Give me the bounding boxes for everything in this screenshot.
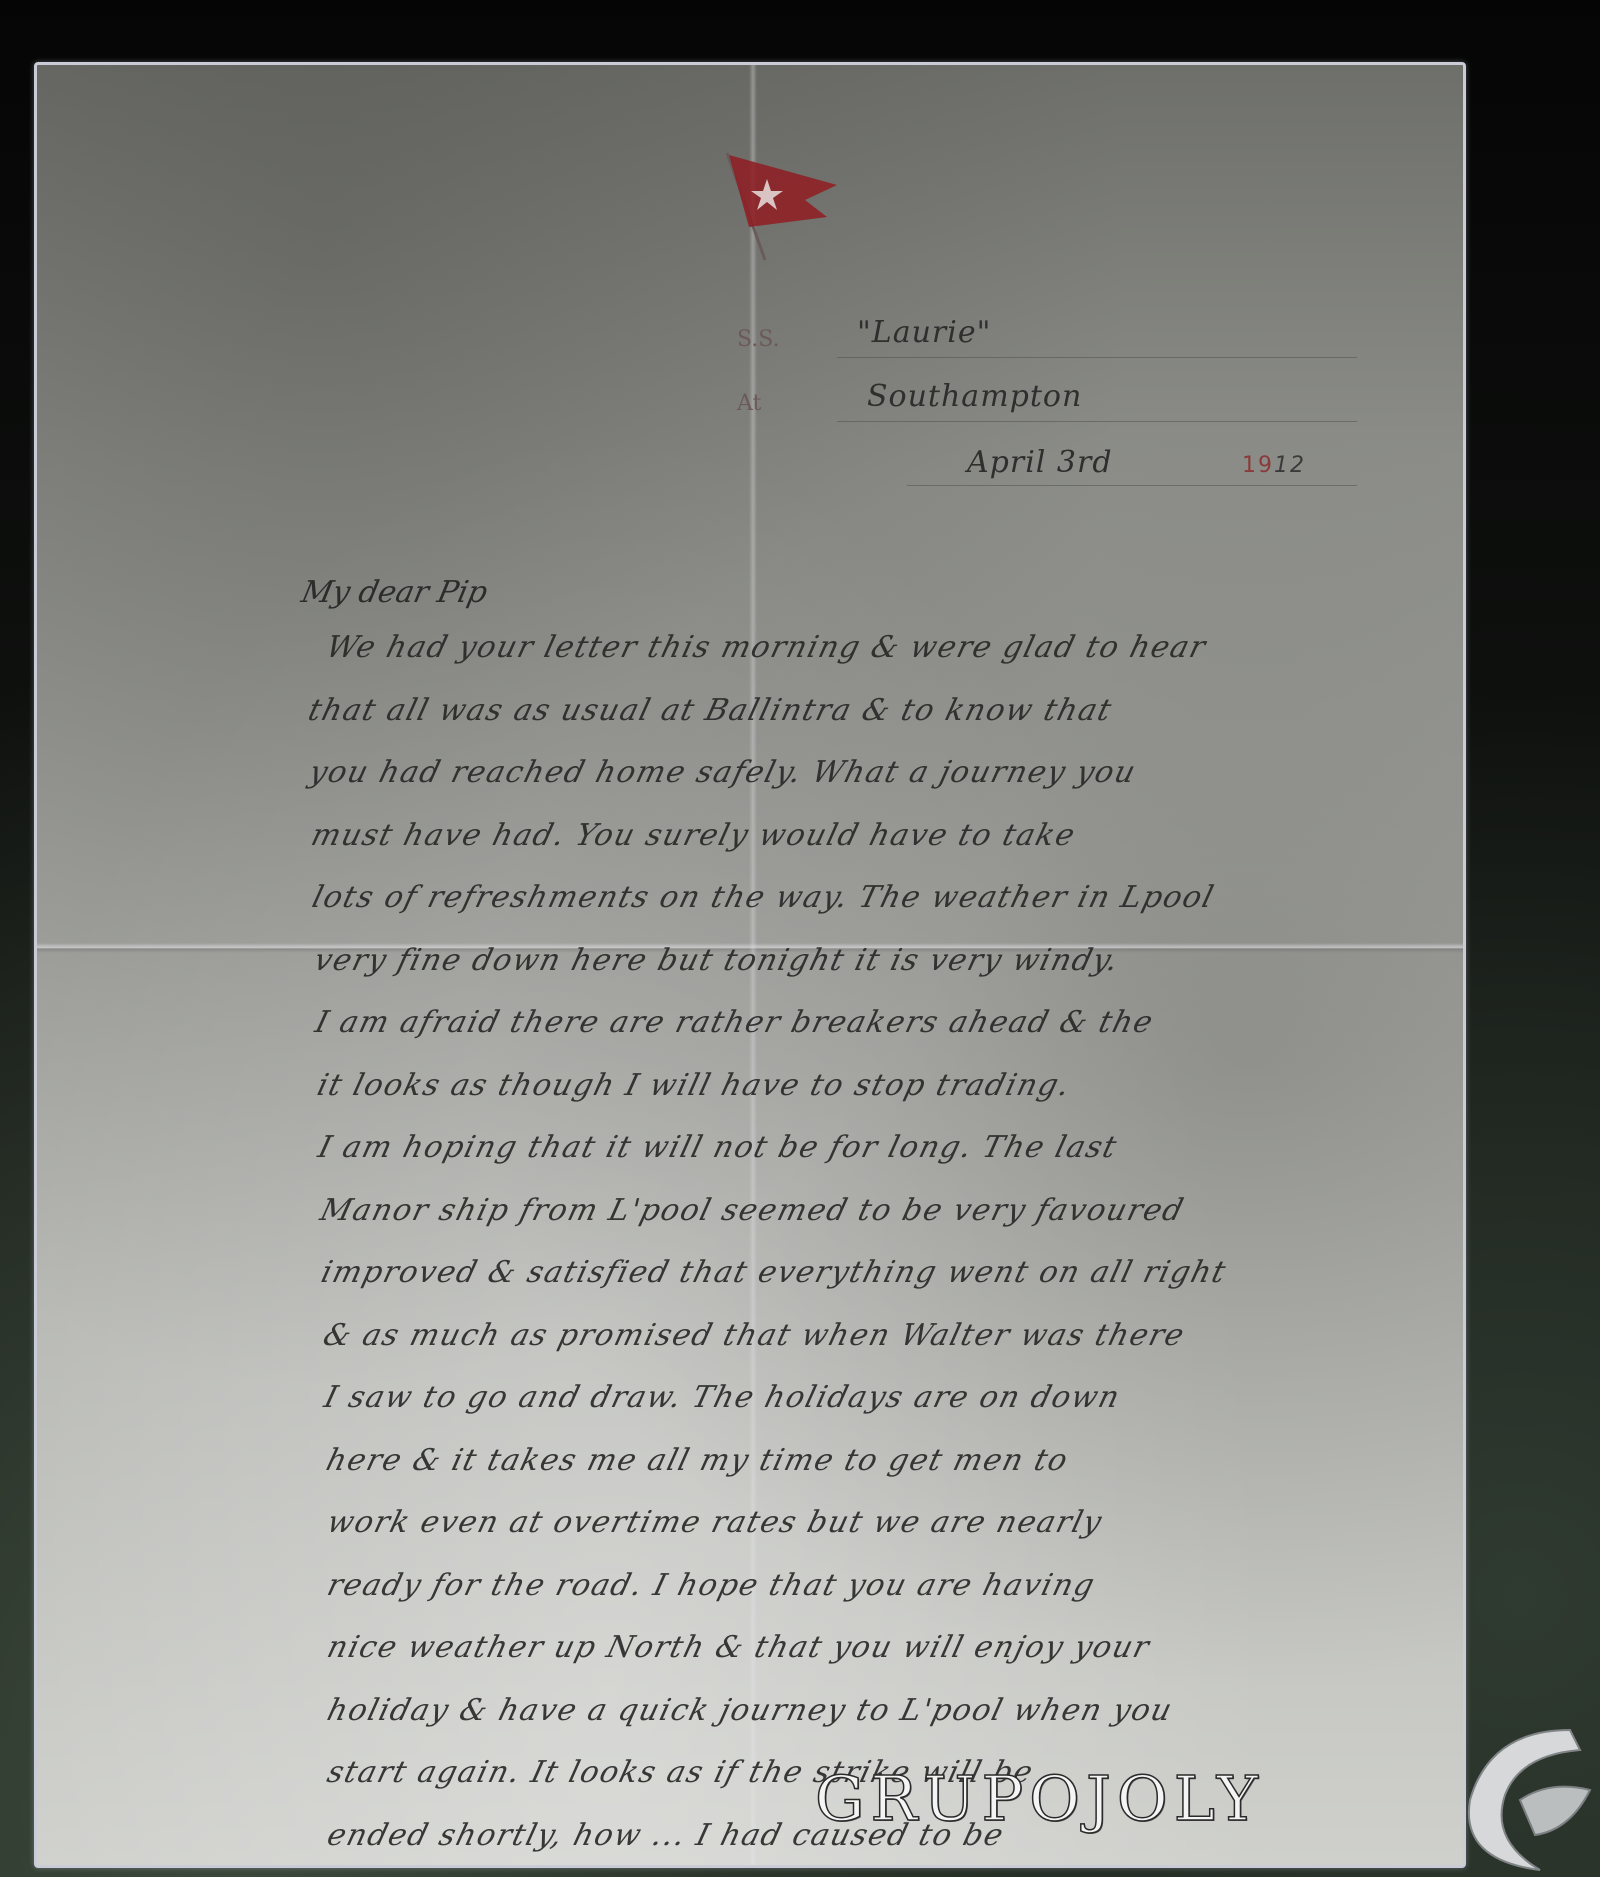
letter-line: ready for the road. I hope that you are … xyxy=(324,1568,1099,1603)
letter-line: lots of refreshments on the way. The wea… xyxy=(309,880,1219,915)
port-rule xyxy=(837,421,1357,422)
white-star-line-flag-icon xyxy=(687,145,857,275)
ship-name-rule xyxy=(837,357,1357,358)
address-prefix-ss: S.S. xyxy=(737,327,780,352)
letter-line: I saw to go and draw. The holidays are o… xyxy=(321,1380,1125,1415)
year-suffix: 12 xyxy=(1274,453,1306,478)
letter-line: here & it takes me all my time to get me… xyxy=(322,1443,1072,1478)
date-rule xyxy=(907,485,1357,486)
letter-line: We had your letter this morning & were g… xyxy=(323,630,1211,665)
letter-line: improved & satisfied that everything wen… xyxy=(318,1255,1231,1290)
letter-line: & as much as promised that when Walter w… xyxy=(319,1318,1188,1353)
letter-line: nice weather up North & that you will en… xyxy=(324,1630,1154,1665)
port-name: Southampton xyxy=(867,379,1082,414)
letter-line: holiday & have a quick journey to L'pool… xyxy=(324,1693,1177,1728)
year-prefix: 19 xyxy=(1242,453,1274,478)
letter-line: Manor ship from L'pool seemed to be very… xyxy=(316,1193,1187,1228)
address-prefix-at: At xyxy=(737,391,761,416)
salutation: My dear Pip xyxy=(298,575,490,610)
letter-line: that all was as usual at Ballintra & to … xyxy=(304,693,1115,728)
letter-line: must have had. You surely would have to … xyxy=(307,818,1079,853)
date-year: 1912 xyxy=(1242,453,1306,478)
letter-line: you had reached home safely. What a jour… xyxy=(306,755,1141,790)
grupojoly-logo-icon xyxy=(1450,1720,1600,1877)
letter-line: work even at overtime rates but we are n… xyxy=(324,1505,1107,1540)
ship-name: "Laurie" xyxy=(857,315,991,350)
letter-line: I am hoping that it will not be for long… xyxy=(315,1130,1122,1165)
grupojoly-watermark: GRUPOJOLY xyxy=(815,1762,1264,1835)
framed-letter: S.S. "Laurie" At Southampton April 3rd 1… xyxy=(34,62,1466,1868)
letter-line: I am afraid there are rather breakers ah… xyxy=(312,1005,1158,1040)
letter-line: very fine down here but tonight it is ve… xyxy=(310,943,1122,978)
date-month: April 3rd xyxy=(967,445,1113,480)
letter-line: it looks as though I will have to stop t… xyxy=(313,1068,1074,1103)
